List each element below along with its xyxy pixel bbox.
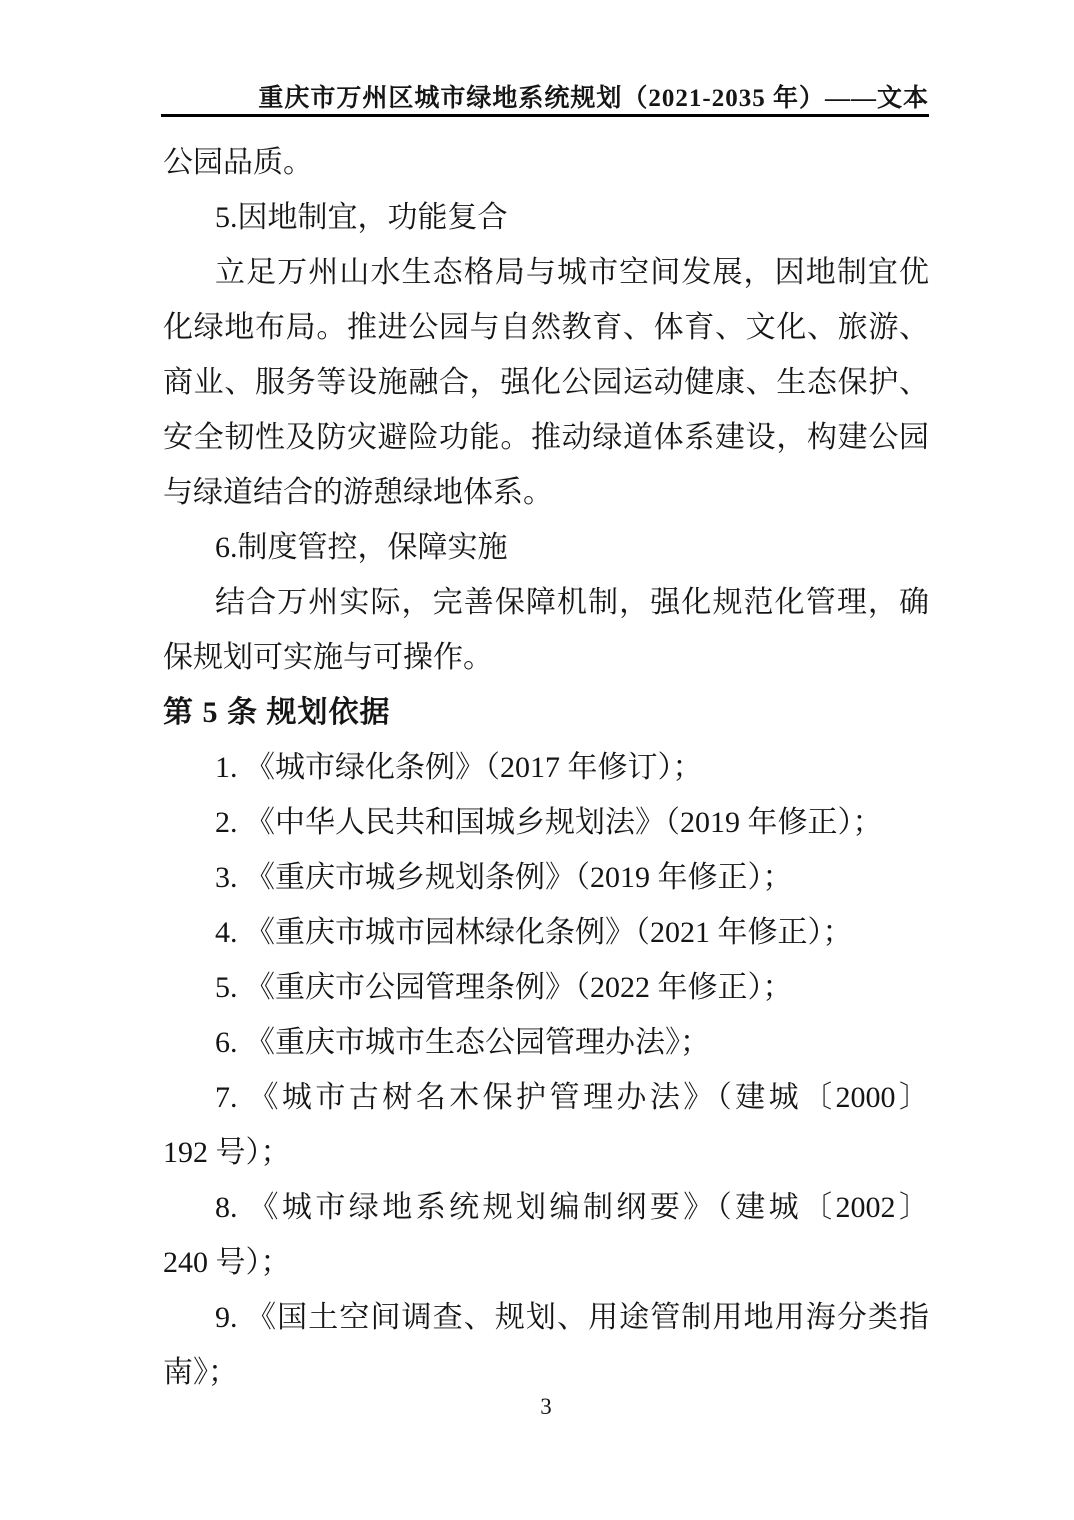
- subsection-heading: 5.因地制宜，功能复合: [163, 190, 929, 245]
- document-page: 重庆市万州区城市绿地系统规划（2021-2035 年）——文本 公园品质。 5.…: [0, 0, 1074, 1520]
- reference-list-item: 7. 《城市古树名木保护管理办法》（建城〔2000〕: [163, 1070, 929, 1125]
- page-number: 3: [540, 1394, 552, 1419]
- header-rule: [161, 114, 929, 117]
- paragraph-line: 化绿地布局。推进公园与自然教育、体育、文化、旅游、: [163, 300, 929, 355]
- reference-list-item: 3. 《重庆市城乡规划条例》（2019 年修正）；: [163, 850, 929, 905]
- page-footer: 3: [163, 1392, 929, 1422]
- paragraph-line: 保规划可实施与可操作。: [163, 630, 929, 685]
- reference-list-item: 9. 《国土空间调查、规划、用途管制用地用海分类指: [163, 1290, 929, 1345]
- paragraph-line: 立足万州山水生态格局与城市空间发展，因地制宜优: [163, 245, 929, 300]
- reference-list-item: 5. 《重庆市公园管理条例》（2022 年修正）；: [163, 960, 929, 1015]
- paragraph-line: 公园品质。: [163, 135, 929, 190]
- paragraph-line: 商业、服务等设施融合，强化公园运动健康、生态保护、: [163, 355, 929, 410]
- reference-list-item: 240 号）；: [163, 1235, 929, 1290]
- subsection-heading: 6.制度管控，保障实施: [163, 520, 929, 575]
- reference-list-item: 4. 《重庆市城市园林绿化条例》（2021 年修正）；: [163, 905, 929, 960]
- paragraph-line: 结合万州实际，完善保障机制，强化规范化管理，确: [163, 575, 929, 630]
- article-heading: 第 5 条 规划依据: [163, 685, 929, 740]
- reference-list-item: 8. 《城市绿地系统规划编制纲要》（建城〔2002〕: [163, 1180, 929, 1235]
- paragraph-line: 安全韧性及防灾避险功能。推动绿道体系建设，构建公园: [163, 410, 929, 465]
- reference-list-item: 2. 《中华人民共和国城乡规划法》（2019 年修正）；: [163, 795, 929, 850]
- reference-list-item: 6. 《重庆市城市生态公园管理办法》；: [163, 1015, 929, 1070]
- reference-list-item: 192 号）；: [163, 1125, 929, 1180]
- page-header-title: 重庆市万州区城市绿地系统规划（2021-2035 年）——文本: [163, 82, 929, 116]
- reference-list-item: 1. 《城市绿化条例》（2017 年修订）；: [163, 740, 929, 795]
- document-body: 公园品质。 5.因地制宜，功能复合 立足万州山水生态格局与城市空间发展，因地制宜…: [163, 135, 929, 1400]
- paragraph-line: 与绿道结合的游憩绿地体系。: [163, 465, 929, 520]
